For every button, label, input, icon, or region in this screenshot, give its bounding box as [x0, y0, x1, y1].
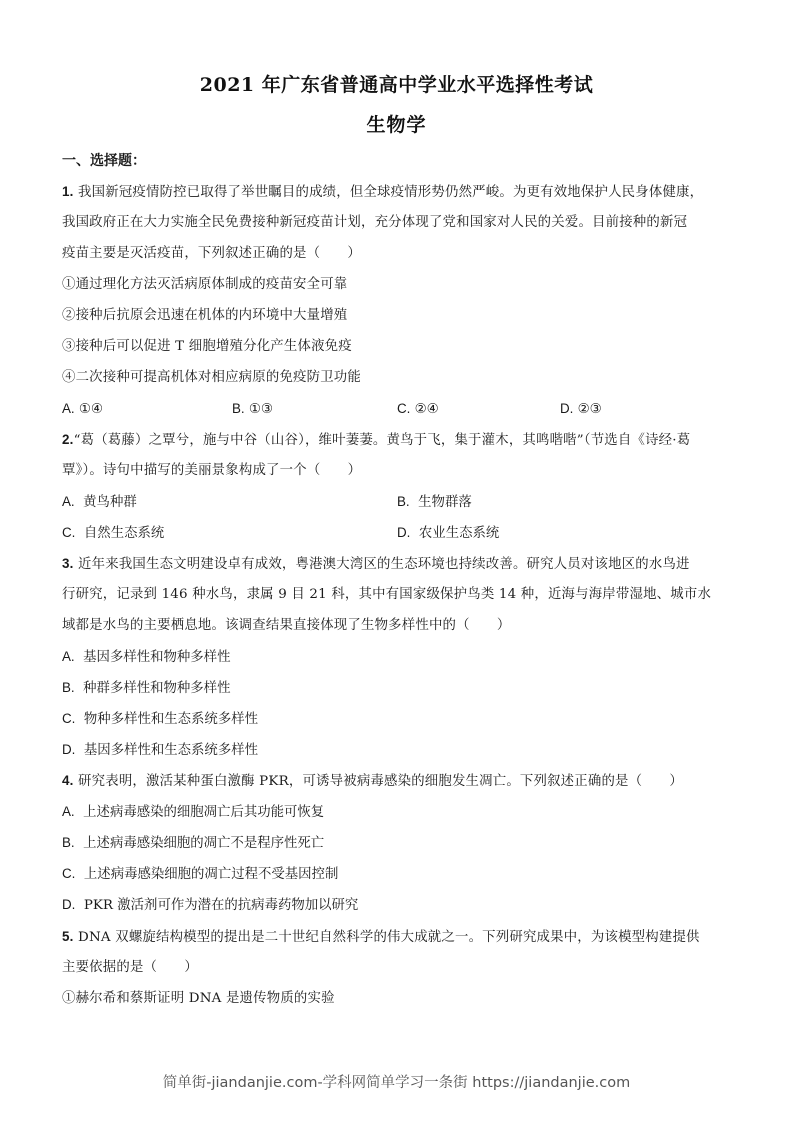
option-a[interactable]: A. 黄鸟种群 — [62, 493, 137, 512]
question-line: 域都是水鸟的主要栖息地。该调查结果直接体现了生物多样性中的（ ） — [62, 617, 511, 635]
statement: ③接种后可以促进 T 细胞增殖分化产生体液免疫 — [62, 338, 352, 356]
question-line: 疫苗主要是灭活疫苗，下列叙述正确的是（ ） — [62, 245, 361, 263]
option-letter: D. — [62, 742, 75, 757]
option-text: 物种多样性和生态系统多样性 — [84, 712, 258, 727]
question-line: 2.“葛（葛藤）之覃兮，施与中谷（山谷），维叶萋萋。黄鸟于飞，集于灌木，其鸣喈喈… — [62, 431, 690, 450]
option-text: 上述病毒感染细胞的凋亡过程不受基因控制 — [84, 867, 338, 882]
statement: ②接种后抗原会迅速在机体的内环境中大量增殖 — [62, 307, 347, 325]
option-letter: C. — [62, 525, 75, 540]
question-text: 研究表明，激活某种蛋白激酶 PKR，可诱导被病毒感染的细胞发生凋亡。下列叙述正确… — [78, 774, 683, 789]
question-number: 3. — [62, 556, 74, 571]
option-text: PKR 激活剂可作为潜在的抗病毒药物加以研究 — [84, 898, 358, 913]
option-text: 自然生态系统 — [84, 526, 164, 541]
option-letter: B. — [62, 835, 75, 850]
option-d[interactable]: D. 农业生态系统 — [397, 524, 499, 543]
option-text: ②④ — [415, 402, 439, 417]
option-c[interactable]: C. 自然生态系统 — [62, 524, 164, 543]
option-text: 上述病毒感染的细胞凋亡后其功能可恢复 — [83, 805, 324, 820]
option-b[interactable]: B. ①③ — [232, 400, 273, 419]
exam-title: 2021 年广东省普通高中学业水平选择性考试 — [0, 70, 793, 97]
option-text: 黄鸟种群 — [83, 495, 137, 510]
question-line: 5. DNA 双螺旋结构模型的提出是二十世纪自然科学的伟大成就之一。下列研究成果… — [62, 928, 700, 947]
question-number: 2. — [62, 432, 74, 447]
option-letter: D. — [560, 401, 573, 416]
footer-watermark: 简单街-jiandanjie.com-学科网简单学习一条街 https://ji… — [0, 1071, 793, 1092]
question-text: “葛（葛藤）之覃兮，施与中谷（山谷），维叶萋萋。黄鸟于飞，集于灌木，其鸣喈喈”（… — [74, 433, 691, 448]
option-text: ①④ — [79, 402, 103, 417]
option-letter: B. — [397, 494, 410, 509]
option-text: 农业生态系统 — [419, 526, 499, 541]
option-letter: B. — [62, 680, 75, 695]
question-line: 1. 我国新冠疫情防控已取得了举世瞩目的成绩，但全球疫情形势仍然严峻。为更有效地… — [62, 183, 703, 202]
option-text: 基因多样性和生态系统多样性 — [84, 743, 258, 758]
option-text: ①③ — [249, 402, 273, 417]
option-text: 基因多样性和物种多样性 — [83, 650, 230, 665]
option-text: 种群多样性和物种多样性 — [83, 681, 230, 696]
question-line: 4. 研究表明，激活某种蛋白激酶 PKR，可诱导被病毒感染的细胞发生凋亡。下列叙… — [62, 772, 683, 791]
option-a[interactable]: A. ①④ — [62, 400, 103, 419]
option-b[interactable]: B. 上述病毒感染细胞的凋亡不是程序性死亡 — [62, 834, 324, 853]
option-letter: D. — [397, 525, 410, 540]
question-number: 1. — [62, 184, 74, 199]
question-number: 5. — [62, 929, 74, 944]
option-c[interactable]: C. 物种多样性和生态系统多样性 — [62, 710, 258, 729]
option-text: ②③ — [578, 402, 602, 417]
option-c[interactable]: C. 上述病毒感染细胞的凋亡过程不受基因控制 — [62, 865, 338, 884]
question-text: 近年来我国生态文明建设卓有成效，粤港澳大湾区的生态环境也持续改善。研究人员对该地… — [78, 557, 690, 572]
question-line: 主要依据的是（ ） — [62, 959, 198, 977]
option-letter: C. — [62, 866, 75, 881]
option-d[interactable]: D. 基因多样性和生态系统多样性 — [62, 741, 258, 760]
option-letter: A. — [62, 804, 75, 819]
question-text: 我国新冠疫情防控已取得了举世瞩目的成绩，但全球疫情形势仍然严峻。为更有效地保护人… — [78, 185, 703, 200]
option-letter: A. — [62, 401, 75, 416]
option-letter: A. — [62, 494, 75, 509]
section-heading: 一、选择题： — [62, 150, 146, 170]
statement: ①赫尔希和蔡斯证明 DNA 是遗传物质的实验 — [62, 990, 335, 1008]
question-number: 4. — [62, 773, 74, 788]
question-line: 我国政府正在大力实施全民免费接种新冠疫苗计划，充分体现了党和国家对人民的关爱。目… — [62, 214, 687, 232]
option-letter: C. — [397, 401, 410, 416]
option-b[interactable]: B. 生物群落 — [397, 493, 472, 512]
option-a[interactable]: A. 基因多样性和物种多样性 — [62, 648, 230, 667]
option-letter: D. — [62, 897, 75, 912]
statement: ④二次接种可提高机体对相应病原的免疫防卫功能 — [62, 369, 361, 387]
question-text: DNA 双螺旋结构模型的提出是二十世纪自然科学的伟大成就之一。下列研究成果中，为… — [78, 930, 700, 945]
option-letter: B. — [232, 401, 245, 416]
question-line: 覃》）。诗句中描写的美丽景象构成了一个（ ） — [62, 462, 361, 480]
option-d[interactable]: D. PKR 激活剂可作为潜在的抗病毒药物加以研究 — [62, 896, 358, 915]
option-letter: A. — [62, 649, 75, 664]
question-line: 3. 近年来我国生态文明建设卓有成效，粤港澳大湾区的生态环境也持续改善。研究人员… — [62, 555, 690, 574]
question-line: 行研究，记录到 146 种水鸟，隶属 9 目 21 科，其中有国家级保护鸟类 1… — [62, 586, 711, 604]
exam-page: 2021 年广东省普通高中学业水平选择性考试 生物学 一、选择题： 1. 我国新… — [0, 0, 793, 1122]
option-text: 上述病毒感染细胞的凋亡不是程序性死亡 — [83, 836, 324, 851]
option-d[interactable]: D. ②③ — [560, 400, 602, 419]
option-text: 生物群落 — [418, 495, 472, 510]
option-a[interactable]: A. 上述病毒感染的细胞凋亡后其功能可恢复 — [62, 803, 324, 822]
option-c[interactable]: C. ②④ — [397, 400, 439, 419]
exam-subject: 生物学 — [0, 110, 793, 137]
option-letter: C. — [62, 711, 75, 726]
option-b[interactable]: B. 种群多样性和物种多样性 — [62, 679, 230, 698]
statement: ①通过理化方法灭活病原体制成的疫苗安全可靠 — [62, 276, 347, 294]
